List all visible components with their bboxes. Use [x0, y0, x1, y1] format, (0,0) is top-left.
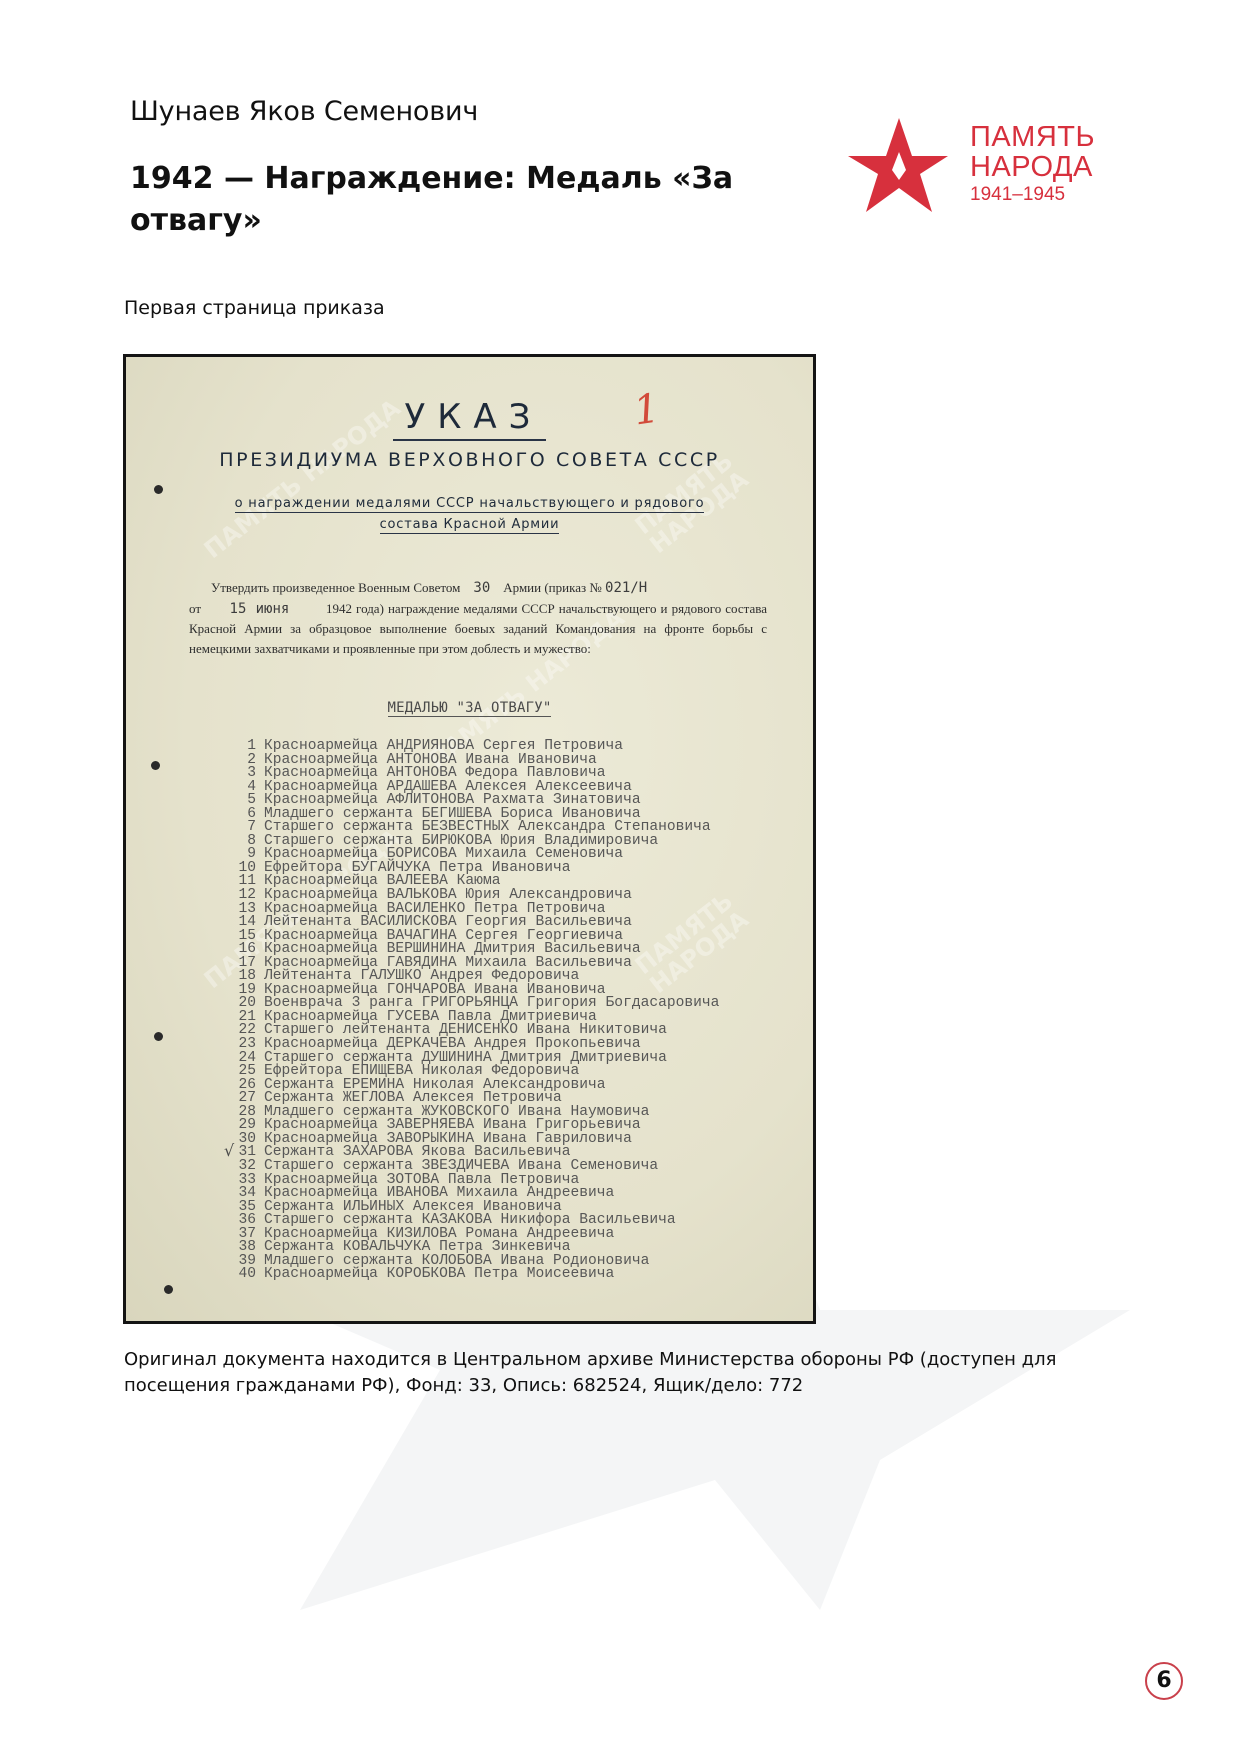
- decree-subject-line-1: о награждении медалями СССР начальствующ…: [235, 496, 705, 513]
- body-text-part: Утвердить произведенное Военным Советом: [211, 580, 460, 595]
- body-text-part: от: [189, 601, 201, 616]
- order-date: 15 июня: [230, 601, 290, 617]
- logo-line-1: ПАМЯТЬ: [970, 122, 1095, 152]
- order-number: 021/Н: [605, 580, 647, 596]
- awardee-number: 40: [226, 1268, 256, 1282]
- army-number: 30: [473, 580, 490, 596]
- awardee-list: 1Красноармейца АНДРИЯНОВА Сергея Петрови…: [226, 740, 719, 1282]
- decree-subject-line-2: состава Красной Армии: [380, 517, 560, 534]
- awardee-row: 40Красноармейца КОРОБКОВА Петра Моисееви…: [226, 1268, 719, 1282]
- presidium-subtitle: ПРЕЗИДИУМА ВЕРХОВНОГО СОВЕТА СССР: [126, 449, 813, 471]
- red-star-icon: [848, 116, 948, 216]
- punch-hole: [154, 1032, 163, 1041]
- award-title: 1942 — Награждение: Медаль «За отвагу»: [130, 158, 770, 242]
- scan-caption: Первая страница приказа: [124, 297, 385, 319]
- punch-hole: [154, 485, 163, 494]
- archive-footnote: Оригинал документа находится в Центральн…: [124, 1347, 1084, 1399]
- document-scan: ПАМЯТЬ НАРОДА ПАМЯТЬ НАРОДА ПАМЯТЬ НАРОД…: [123, 354, 816, 1324]
- punch-hole: [151, 761, 160, 770]
- body-text-part: Армии (приказ №: [503, 580, 602, 595]
- awardee-text: Красноармейца КОРОБКОВА Петра Моисеевича: [264, 1266, 614, 1282]
- logo-years: 1941–1945: [970, 182, 1095, 208]
- medal-heading: МЕДАЛЬЮ "ЗА ОТВАГУ": [388, 700, 552, 717]
- ukaz-title: УКАЗ: [393, 397, 547, 441]
- punch-hole: [164, 1285, 173, 1294]
- page-number: 6: [1145, 1662, 1183, 1700]
- logo-line-2: НАРОДА: [970, 152, 1095, 182]
- decree-body: Утвердить произведенное Военным Советом …: [189, 578, 767, 658]
- pamyat-naroda-logo: ПАМЯТЬ НАРОДА 1941–1945: [848, 116, 1118, 216]
- person-name: Шунаев Яков Семенович: [130, 96, 478, 127]
